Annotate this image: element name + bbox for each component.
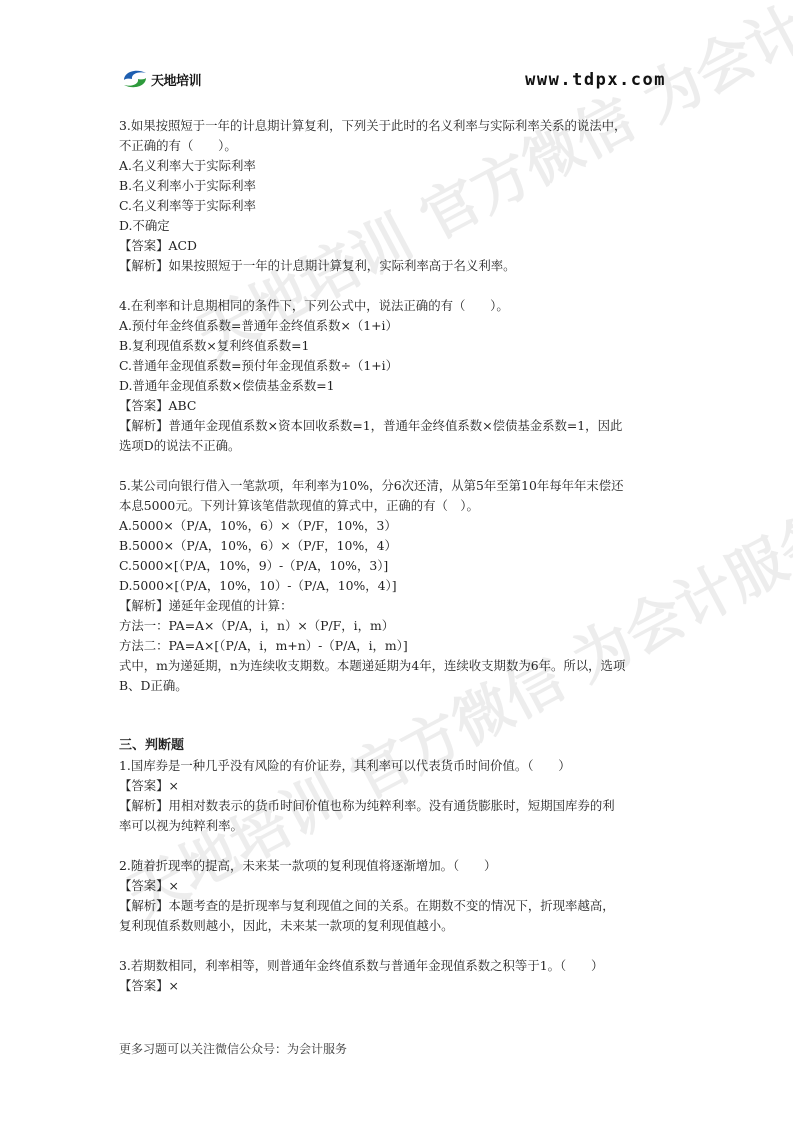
footer-note: 更多习题可以关注微信公众号：为会计服务	[119, 1040, 347, 1057]
option-d: D.不确定	[119, 216, 679, 236]
answer: 【答案】×	[119, 776, 679, 796]
question-4: 4.在利率和计息期相同的条件下，下列公式中，说法正确的有（ ）。 A.预付年金终…	[119, 296, 679, 456]
analysis: 【解析】用相对数表示的货币时间价值也称为纯粹利率。没有通货膨胀时，短期国库券的利	[119, 796, 679, 816]
section-title: 三、判断题	[119, 736, 679, 756]
option-c: C.普通年金现值系数=预付年金现值系数÷（1+i）	[119, 356, 679, 376]
option-d: D.普通年金现值系数×偿债基金系数=1	[119, 376, 679, 396]
judgment-item-1: 1.国库券是一种几乎没有风险的有价证券，其利率可以代表货币时间价值。（ ） 【答…	[119, 756, 679, 836]
option-c: C.5000×[（P/A，10%，9）-（P/A，10%，3）]	[119, 556, 679, 576]
question-stem: 3.如果按照短于一年的计息期计算复利，下列关于此时的名义利率与实际利率关系的说法…	[119, 116, 679, 136]
answer: 【答案】×	[119, 876, 679, 896]
question-stem: 3.若期数相同，利率相等，则普通年金终值系数与普通年金现值系数之积等于1。（ ）	[119, 956, 679, 976]
analysis: 【解析】本题考查的是折现率与复利现值之间的关系。在期数不变的情况下，折现率越高，	[119, 896, 679, 916]
site-url: www.tdpx.com	[525, 70, 666, 90]
analysis: 复利现值系数则越小，因此，未来某一款项的复利现值越小。	[119, 916, 679, 936]
option-c: C.名义利率等于实际利率	[119, 196, 679, 216]
option-a: A.5000×（P/A，10%，6）×（P/F，10%，3）	[119, 516, 679, 536]
question-stem: 5.某公司向银行借入一笔款项，年利率为10%，分6次还清，从第5年至第10年每年…	[119, 476, 679, 496]
answer: 【答案】ABC	[119, 396, 679, 416]
option-a: A.预付年金终值系数=普通年金终值系数×（1+i）	[119, 316, 679, 336]
page-header: 天地培训 www.tdpx.com	[118, 66, 666, 96]
analysis: 【解析】如果按照短于一年的计息期计算复利，实际利率高于名义利率。	[119, 256, 679, 276]
question-stem: 不正确的有（ ）。	[119, 136, 679, 156]
option-a: A.名义利率大于实际利率	[119, 156, 679, 176]
question-stem: 1.国库券是一种几乎没有风险的有价证券，其利率可以代表货币时间价值。（ ）	[119, 756, 679, 776]
option-d: D.5000×[（P/A，10%，10）-（P/A，10%，4）]	[119, 576, 679, 596]
option-b: B.复利现值系数×复利终值系数=1	[119, 336, 679, 356]
analysis: 选项D的说法不正确。	[119, 436, 679, 456]
analysis: 方法二：PA=A×[（P/A，i，m+n）-（P/A，i，m）]	[119, 636, 679, 656]
question-3: 3.如果按照短于一年的计息期计算复利，下列关于此时的名义利率与实际利率关系的说法…	[119, 116, 679, 276]
section-judgment: 三、判断题 1.国库券是一种几乎没有风险的有价证券，其利率可以代表货币时间价值。…	[119, 736, 679, 996]
analysis: 【解析】普通年金现值系数×资本回收系数=1，普通年金终值系数×偿债基金系数=1，…	[119, 416, 679, 436]
document-page: 天地培训 官方微信 为会计服务 天地培训 官方微信 为会计服务 天地培训 www…	[0, 0, 793, 1122]
logo: 天地培训	[122, 68, 201, 90]
question-stem: 本息5000元。下列计算该笔借款现值的算式中，正确的有（ ）。	[119, 496, 679, 516]
question-stem: 2.随着折现率的提高，未来某一款项的复利现值将逐渐增加。（ ）	[119, 856, 679, 876]
analysis: 方法一：PA=A×（P/A，i，n）×（P/F，i，m）	[119, 616, 679, 636]
answer: 【答案】×	[119, 976, 679, 996]
logo-swirl-icon	[122, 68, 148, 90]
analysis: 式中，m为递延期，n为连续收支期数。本题递延期为4年，连续收支期数为6年。所以，…	[119, 656, 679, 676]
question-stem: 4.在利率和计息期相同的条件下，下列公式中，说法正确的有（ ）。	[119, 296, 679, 316]
analysis: 【解析】递延年金现值的计算：	[119, 596, 679, 616]
answer: 【答案】ACD	[119, 236, 679, 256]
judgment-item-2: 2.随着折现率的提高，未来某一款项的复利现值将逐渐增加。（ ） 【答案】× 【解…	[119, 856, 679, 936]
option-b: B.5000×（P/A，10%，6）×（P/F，10%，4）	[119, 536, 679, 556]
question-5: 5.某公司向银行借入一笔款项，年利率为10%，分6次还清，从第5年至第10年每年…	[119, 476, 679, 696]
logo-text: 天地培训	[151, 70, 201, 89]
analysis: 率可以视为纯粹利率。	[119, 816, 679, 836]
option-b: B.名义利率小于实际利率	[119, 176, 679, 196]
document-body: 3.如果按照短于一年的计息期计算复利，下列关于此时的名义利率与实际利率关系的说法…	[119, 116, 679, 996]
analysis: B、D正确。	[119, 676, 679, 696]
judgment-item-3: 3.若期数相同，利率相等，则普通年金终值系数与普通年金现值系数之积等于1。（ ）…	[119, 956, 679, 996]
